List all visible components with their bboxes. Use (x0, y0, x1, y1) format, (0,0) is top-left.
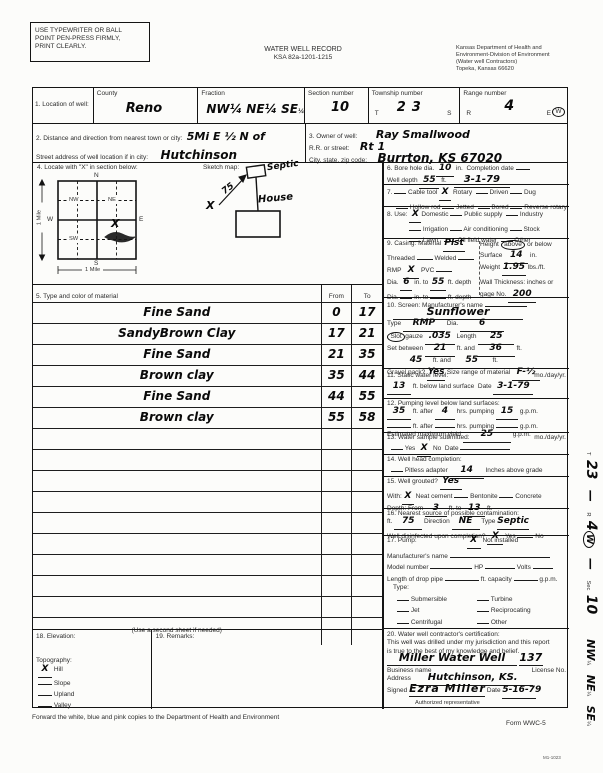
section-8-use: 8. Use: XDomestic Public supply Industry… (384, 206, 569, 238)
forward-copies-note: Forward the white, blue and pink copies … (32, 714, 279, 722)
material-value: Fine Sand (143, 305, 210, 319)
table-row: Fine Sand4455 (33, 386, 382, 407)
owner-value: Ray Smallwood (376, 128, 470, 141)
neat-cement-check: X (402, 497, 414, 505)
authorized-rep-label: Authorized representative (415, 700, 480, 706)
surface-label: Surface (480, 252, 502, 259)
ft-after-label: ft. after (413, 408, 433, 415)
set-ft2-label: ft. (493, 357, 498, 364)
from-value: 35 (328, 368, 345, 382)
certification-text1: This well was drilled under my jurisdict… (387, 639, 550, 646)
submersible-blank (397, 593, 409, 601)
row-elevation-remarks: 18. Elevation: Topography: X Hill Slope … (33, 629, 383, 709)
remarks-cell: 19. Remarks: (151, 630, 382, 709)
s7-num: 7. (387, 189, 392, 196)
slot-circled: Slot (387, 332, 405, 342)
section-x-mark: X (111, 217, 119, 230)
fraction-value: NW¼ NE¼ SE¼ (206, 103, 304, 116)
row-location: 1. Location of well: County Reno Fractio… (33, 88, 567, 124)
upland-label: Upland (54, 691, 75, 698)
casing-divider (479, 241, 480, 295)
from-value: 17 (328, 326, 345, 340)
township-label: Township number (372, 90, 423, 98)
static-date-blank: 3-1-79 (493, 387, 533, 395)
margin-legal-annotation: T 23 — R 4W — Sec 10 NW¼ NE¼ SE¼ (574, 452, 600, 737)
pump-ft-value: 35 (387, 407, 411, 416)
form-body: 1. Location of well: County Reno Fractio… (32, 87, 568, 708)
concrete-blank (499, 490, 513, 498)
completion-date-blank (516, 162, 530, 170)
quad-sw: SW (68, 236, 79, 243)
elevation-cell: 18. Elevation: Topography: X Hill Slope … (33, 630, 151, 709)
threaded-label: Threaded (387, 255, 415, 262)
section-grid-sketch-svg (33, 161, 383, 284)
water-well-record-form: USE TYPEWRITER OR BALL POINT PEN-PRESS F… (0, 0, 603, 773)
margin-quarter3-value: SE (584, 706, 597, 721)
hrs-pumping-label: hrs. pumping (457, 408, 495, 415)
static-date-label: Date (478, 383, 492, 390)
static-level-blank: 13 (387, 387, 411, 395)
table-row-empty (33, 554, 382, 575)
neat-cement-x: X (402, 492, 414, 501)
form-title-line2: KSA 82a-1201-1215 (228, 54, 378, 62)
section-13-water-sample: 13. Water sample submitted:mo./day/yr. Y… (384, 432, 569, 454)
bentonite-blank (454, 490, 468, 498)
pump-hrs-value: 4 (435, 407, 455, 416)
pump-type-label: Type: (393, 584, 409, 591)
hill-x: X (38, 665, 52, 674)
section-11-static-level: 11. Static water level:mo./day/yr. 13 ft… (384, 368, 569, 398)
section-7-drill-method: 7. Cable tool X Rotary Driven Dug Hollow… (384, 184, 569, 206)
table-row-empty (33, 533, 382, 554)
from-value: 44 (328, 389, 345, 403)
bentonite-label: Bentonite (470, 493, 497, 500)
row-distance-owner: 2. Distance and direction from nearest t… (33, 124, 567, 163)
margin-dash: — (584, 490, 598, 502)
gauze-label: gauze (405, 333, 423, 340)
table-row: Brown clay5558 (33, 407, 382, 428)
direction-label: Direction (424, 518, 450, 525)
section-15-grouted: 15. Well grouted? Yes With:X Neat cement… (384, 476, 569, 508)
grouted-value: Yes (440, 477, 462, 486)
cable-tool-label: Cable tool (408, 189, 437, 196)
depth1-blank: 55 (430, 283, 446, 291)
ft-after2-label: ft. after (413, 423, 433, 430)
to-column-header: To (364, 293, 371, 300)
sample-no-label: No (433, 445, 441, 452)
bore-dia-value: 10 (436, 164, 454, 173)
section-6-borehole: 6. Bore hole dia. 10 in. Completion date… (384, 161, 569, 184)
other-pump-blank (477, 616, 489, 624)
compass-w: W (47, 216, 53, 224)
rotary-x: X (439, 188, 451, 197)
dug-blank (510, 186, 522, 194)
not-installed-x: X (467, 536, 481, 545)
margin-quarter1-label: ¼ (585, 660, 591, 665)
grouted-label: 15. Well grouted? (387, 478, 438, 485)
distance-cell: 2. Distance and direction from nearest t… (33, 124, 305, 162)
not-installed-check: X (467, 541, 481, 549)
dia1-label: Dia. (387, 279, 399, 286)
agency-line: Environment-Division of Environment (456, 52, 590, 59)
table-row: Brown clay3544 (33, 365, 382, 386)
street-value: Hutchinson (160, 148, 237, 162)
screen-mfr-blank (485, 299, 527, 307)
submersible-label: Submersible (411, 596, 447, 603)
pump-hrs-blank: 4 (435, 412, 455, 420)
quad-ne: NE (107, 197, 117, 204)
lbs-label: lbs./ft. (528, 264, 545, 271)
location-label-cell: 1. Location of well: (33, 88, 93, 123)
length-value: 25 (478, 332, 514, 341)
volts-blank (533, 561, 553, 569)
margin-quarter2-label: ¼ (585, 691, 591, 696)
above-grade-label: Inches above grade (485, 467, 542, 474)
jet-blank (397, 604, 409, 612)
compass-e: E (139, 216, 143, 224)
section-17-pump: 17. Pump:X Not installed Manufacturer's … (384, 535, 569, 628)
instruction-line: USE TYPEWRITER OR BALL (35, 27, 145, 35)
rotary-label: Rotary (453, 189, 472, 196)
pump-gpm-label: g.p.m. (539, 576, 557, 583)
turbine-label: Turbine (491, 596, 513, 603)
to-value: 44 (359, 368, 376, 382)
fraction-label: Fraction (201, 90, 224, 98)
to-value: 55 (359, 389, 376, 403)
sketch-map-label: Sketch map: (203, 164, 239, 172)
casing-material-blank: Plst (443, 244, 465, 252)
centrifugal-label: Centrifugal (411, 619, 442, 626)
section-16-contamination: 16. Nearest source of possible contamina… (384, 508, 569, 535)
compass-n: N (94, 172, 99, 180)
mile-vertical-label: 1 Mile (37, 203, 44, 233)
static-mdy-label: mo./day/yr. (534, 372, 566, 380)
business-name-value: Miller Water Well (387, 653, 517, 662)
address-value: Hutchinson, KS. (413, 673, 533, 682)
above-circled: above (501, 240, 526, 250)
section-10-screen: 10. Screen: Manufacturer's name Sunflowe… (384, 297, 569, 368)
threaded-blank (417, 252, 433, 260)
reciprocating-blank (477, 604, 489, 612)
domestic-label: Domestic (421, 211, 448, 218)
well-head-label: 14. Well head completion: (387, 456, 462, 463)
from-value: 0 (332, 305, 340, 319)
slope-blank (38, 677, 52, 685)
not-installed-label: Not installed (482, 537, 518, 544)
centrifugal-blank (397, 616, 409, 624)
county-value: Reno (126, 102, 162, 115)
set-between-label: Set between (387, 345, 423, 352)
surface-in-label: in. (530, 252, 537, 259)
domestic-x: X (409, 210, 421, 219)
weight-blank: 1.95 (502, 268, 526, 276)
static-level-label: 11. Static water level: (387, 372, 448, 380)
pump-ft-blank: 35 (387, 412, 411, 420)
from-column-header: From (329, 293, 344, 300)
welded-blank (458, 252, 474, 260)
section-5-material-table: 5. Type and color of material From To Fi… (33, 284, 383, 629)
dug-label: Dug (524, 189, 536, 196)
table-row-empty (33, 470, 382, 491)
pump2-hrs-blank (435, 420, 455, 428)
margin-range-value: 4 (583, 521, 599, 531)
rmp-label: RMP (387, 267, 401, 274)
form-number: Form WWC-5 (506, 720, 546, 728)
to-value: 17 (359, 305, 376, 319)
neat-cement-label: Neat cement (416, 493, 453, 500)
signed-label: Signed (387, 687, 407, 694)
driven-blank (476, 186, 488, 194)
township-t: T (375, 110, 379, 118)
county-label: County (97, 90, 118, 98)
county-cell: County Reno (93, 88, 198, 123)
jet-label: Jet (411, 607, 420, 614)
margin-r-label: R (585, 512, 591, 516)
sig-date-label: Date (487, 687, 501, 694)
margin-sec-label: Sec (585, 580, 591, 590)
rmp-x: X (403, 266, 419, 275)
upland-blank (38, 688, 52, 696)
drop-pipe-blank (445, 573, 479, 581)
ft-and-label: ft. and (457, 345, 475, 352)
pitless-blank (391, 464, 403, 472)
section-20-certification: 20. Water well contractor's certificatio… (384, 628, 569, 709)
capacity-label: ft. capacity (481, 576, 512, 583)
township-s: S (447, 110, 451, 118)
welded-label: Welded (434, 255, 456, 262)
ft-and2-label: ft. and (433, 357, 451, 364)
gpm2-label: g.p.m. (520, 423, 538, 430)
margin-quarter2-value: NE (584, 675, 597, 692)
instruction-line: POINT PEN-PRESS FIRMLY, (35, 35, 145, 43)
well-depth-label: Well depth (387, 177, 418, 184)
agency-line: Topeka, Kansas 66620 (456, 66, 590, 73)
table-row-empty (33, 596, 382, 617)
material-column-header: 5. Type and color of material (36, 293, 118, 300)
contam-type-label: Type (481, 518, 495, 525)
street-label: Street address of well location if in ci… (36, 154, 148, 161)
industry-label: Industry (520, 211, 543, 218)
sample-yes-label: Yes (405, 445, 416, 452)
concrete-label: Concrete (515, 493, 541, 500)
right-column: 6. Bore hole dia. 10 in. Completion date… (383, 161, 569, 709)
margin-section-value: 10 (583, 595, 599, 614)
dia1-value: 6 (400, 278, 412, 287)
form-title: WATER WELL RECORD KSA 82a-1201-1215 (228, 46, 378, 62)
remarks-label: 19. Remarks: (156, 633, 195, 641)
other-pump-label: Other (491, 619, 507, 626)
distance-value: 5Mi E ½ N of (187, 130, 265, 143)
signature-line: Ezra Miller (409, 689, 485, 697)
range-label: Range number (463, 90, 506, 98)
margin-t-label: T (585, 452, 591, 455)
gauze-value: .035 (425, 332, 455, 341)
sig-date-value: 5-16-79 (502, 686, 536, 695)
pump-label: 17. Pump: (387, 537, 417, 544)
pump-mfr-blank (450, 550, 550, 558)
set-ft-label: ft. (516, 345, 521, 352)
owner-cell: 3. Owner of well: Ray Smallwood R.R. or … (305, 124, 567, 162)
pump-gpm-value: 15 (496, 407, 518, 416)
margin-quarter1-value: NW (584, 639, 597, 660)
turbine-blank (477, 593, 489, 601)
sample-no-x: X (417, 444, 431, 453)
industry-blank (506, 208, 518, 216)
cable-tool-blank (394, 186, 406, 194)
reciprocating-label: Reciprocating (491, 607, 531, 614)
irrigation-blank (409, 223, 421, 231)
table-row-empty (33, 491, 382, 512)
agency-block: Kansas Department of Health and Environm… (456, 45, 590, 73)
fraction-cell: Fraction NW¼ NE¼ SE¼ (197, 88, 304, 123)
license-line: 137 (519, 658, 543, 666)
drop-pipe-label: Length of drop pipe (387, 576, 443, 583)
table-row: Fine Sand017 (33, 302, 382, 323)
typewriter-instruction-box: USE TYPEWRITER OR BALL POINT PEN-PRESS F… (30, 22, 150, 62)
range-cell: Range number R 4 E W (459, 88, 567, 123)
or-below-label: or below (527, 241, 552, 248)
quad-nw: NW (68, 197, 79, 204)
pvc-blank (436, 264, 452, 272)
range-e: E (547, 110, 551, 118)
direction-value: NE (452, 517, 480, 526)
in-label: in. (456, 165, 463, 172)
section-number-value: 10 (331, 101, 349, 114)
from-value: 55 (328, 410, 345, 424)
screen-type-value: RMP (403, 319, 445, 328)
print-code: M1-1023 (543, 755, 561, 760)
pump-mfr-label: Manufacturer's name (387, 553, 448, 560)
height-label: Height (480, 241, 499, 248)
model-label: Model number (387, 564, 429, 571)
contam-ft-value: 75 (394, 517, 422, 526)
pump2-ft-blank (387, 420, 411, 428)
screen-dia-value: 6 (460, 319, 504, 328)
table-row-empty (33, 512, 382, 533)
casing-material-value: Plst (443, 239, 465, 248)
hp-blank (485, 561, 515, 569)
material-value: SandyBrown Clay (118, 326, 235, 340)
section-4-label: 4. Locate with "X" in section below: (37, 164, 138, 172)
capacity-blank (514, 573, 538, 581)
stock-label: Stock (523, 226, 539, 233)
casing-label: 9. Casing: Material (387, 240, 441, 247)
section-12-pumping-level: 12. Pumping level below land surfaces: 3… (384, 398, 569, 432)
margin-dash2: — (584, 558, 598, 570)
sig-date-line: 5-16-79 (502, 691, 536, 699)
completion-date-value: 3-1-79 (454, 175, 510, 184)
weight-value: 1.95 (502, 263, 526, 272)
margin-quarter3-label: ¼ (585, 721, 591, 726)
material-value: Fine Sand (143, 347, 210, 361)
ft-depth-label: ft. depth (448, 279, 472, 286)
static-level-value: 13 (387, 382, 411, 391)
irrigation-label: Irrigation (423, 226, 448, 233)
sample-date-blank (460, 442, 510, 450)
completion-date-label: Completion date (466, 165, 513, 172)
surface-value: 14 (504, 251, 528, 260)
pvc-label: PVC (421, 267, 434, 274)
license-label: License No. (532, 667, 566, 675)
from-value: 21 (328, 347, 345, 361)
air-blank (450, 223, 462, 231)
to-value: 58 (359, 410, 376, 424)
screen-type-label: Type (387, 320, 401, 327)
section-number-label: Section number (308, 90, 354, 98)
static-date-value: 3-1-79 (493, 382, 533, 391)
table-row: Fine Sand2135 (33, 344, 382, 365)
use-label: 8. Use: (387, 211, 408, 218)
public-blank (450, 208, 462, 216)
range-r: R (466, 110, 471, 118)
certification-label: 20. Water well contractor's certificatio… (387, 631, 500, 638)
elevation-label: 18. Elevation: (36, 633, 75, 641)
dia1-blank: 6 (400, 283, 412, 291)
contam-type-value: Septic (497, 517, 529, 526)
location-label: 1. Location of well: (35, 101, 89, 109)
set2-value: 36 (477, 344, 515, 353)
public-supply-label: Public supply (464, 211, 502, 218)
domestic-check: X (409, 215, 421, 223)
table-row: SandyBrown Clay1721 (33, 323, 382, 344)
section-4-locate: 4. Locate with "X" in section below: N W… (33, 161, 383, 284)
hill-label: Hill (54, 666, 63, 673)
range-value: 4 (504, 100, 514, 113)
township-cell: Township number T 23 S (368, 88, 460, 123)
township-value: 23 (397, 101, 427, 114)
material-value: Brown clay (140, 410, 214, 424)
business-name-line: Miller Water Well (387, 658, 517, 666)
below-land-label: ft. below land surface (413, 383, 474, 390)
table-row-empty (33, 575, 382, 596)
section-14-well-head: 14. Well head completion: Pitless adapte… (384, 454, 569, 476)
table-row-empty (33, 428, 382, 449)
to-value: 35 (359, 347, 376, 361)
sample-date-label: Date (445, 445, 459, 452)
valley-label: Valley (54, 702, 71, 709)
margin-w-circled: W (583, 531, 595, 548)
pump-gpm-blank: 15 (496, 412, 518, 420)
section-9-casing: 9. Casing: Material PlstHeight above or … (384, 238, 569, 297)
address-label: Address (387, 675, 411, 682)
sample-mdy-label: mo./day/yr. (534, 434, 566, 442)
pump2-gpm-blank (496, 420, 518, 428)
signature-value: Ezra Miller (409, 684, 485, 693)
set4-value: 55 (453, 356, 491, 365)
material-value: Brown clay (140, 368, 214, 382)
agency-line: (Water well Contractors) (456, 59, 590, 66)
to-value: 21 (359, 326, 376, 340)
mile-horizontal-label: 1 Mile (82, 267, 103, 274)
form-title-line1: WATER WELL RECORD (228, 46, 378, 54)
contam-ft-label: ft. (387, 518, 392, 525)
hp-label: HP (474, 564, 483, 571)
screen-dia-label: Dia. (447, 320, 459, 327)
gpm-label: g.p.m. (520, 408, 538, 415)
margin-township-value: 23 (583, 460, 599, 479)
table-header-row: 5. Type and color of material From To (33, 285, 382, 302)
depth1-value: 55 (430, 278, 446, 287)
section-number-cell: Section number 10 (304, 88, 368, 123)
set3-value: 45 (401, 356, 431, 365)
driven-label: Driven (490, 189, 509, 196)
screen-mfr-value: Sunflower (393, 307, 523, 316)
stock-blank (510, 223, 522, 231)
weight-label: Weight (480, 264, 500, 271)
slope-label: Slope (54, 680, 71, 687)
with-label: With: (387, 493, 402, 500)
direction-blank: NE (452, 522, 480, 530)
